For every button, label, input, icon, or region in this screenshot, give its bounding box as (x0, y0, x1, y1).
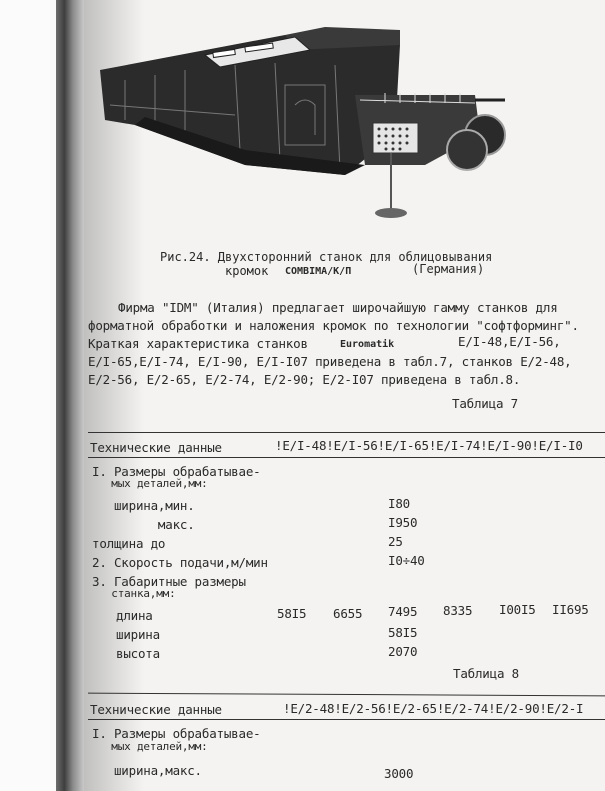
table7-row-label: 2. Скорость подачи,м/мин (92, 555, 268, 570)
table7-length-value: I00I5 (499, 602, 536, 617)
table7-row-label: толщина до (92, 536, 165, 551)
table7-row-value: I80 (388, 496, 410, 511)
table7-header-label: Технические данные (90, 440, 222, 455)
table8-row-label: I. Размеры обрабатывае- (92, 726, 261, 741)
body-line-5: E/2-56, E/2-65, E/2-74, E/2-90; E/2-I07 … (88, 372, 520, 387)
table7-title: Таблица 7 (452, 396, 518, 411)
table7-width-value: 58I5 (388, 625, 417, 640)
body-line-3b: E/I-48,E/I-56, (458, 334, 561, 349)
table7-row-label: макс. (92, 517, 195, 532)
table8-header-rule (88, 719, 605, 720)
body-line-3a: Краткая характеристика станков (88, 336, 308, 351)
table7-length-value: 8335 (443, 603, 472, 618)
table8-row-label: мых деталей,мм: (92, 740, 208, 753)
table7-row-value: I950 (388, 515, 417, 530)
table8-row-label: ширина,макс. (92, 763, 202, 778)
table7-row-value: 25 (388, 534, 403, 549)
scan-spine-shadow (56, 0, 84, 791)
scan-margin (0, 0, 56, 791)
body-line-4: E/I-65,E/I-74, E/I-90, E/I-I07 приведена… (88, 354, 572, 369)
table7-row-value: I0÷40 (388, 553, 425, 568)
machine-photo (95, 25, 535, 225)
table7-height-label: высота (116, 646, 160, 661)
table7-top-rule (88, 432, 605, 433)
table8-row-value: 3000 (384, 766, 413, 781)
table7-width-label: ширина (116, 627, 160, 642)
table7-length-value: II695 (552, 602, 589, 617)
body-line-1: Фирма "IDM" (Италия) предлагает широчайш… (118, 300, 558, 315)
body-brand: Euromatik (340, 339, 394, 350)
table8-title: Таблица 8 (453, 666, 519, 681)
table7-length-value: 7495 (388, 604, 417, 619)
table8-top-rule (88, 693, 605, 697)
table7-length-value: 6655 (333, 606, 362, 621)
table7-length-value: 58I5 (277, 606, 306, 621)
figure-caption-country: (Германия) (412, 262, 484, 276)
table7-row-label: ширина,мин. (92, 498, 195, 513)
figure-caption-line2-prefix: кромок (225, 264, 268, 278)
table7-header-models: !E/I-48!E/I-56!E/I-65!E/I-74!E/I-90!E/I-… (275, 438, 583, 453)
table7-row-label: станка,мм: (92, 587, 176, 600)
table7-length-label: длина (116, 608, 153, 623)
table7-header-rule (88, 457, 605, 458)
table7-row-label: мых деталей,мм: (92, 477, 208, 490)
figure-caption-model: COMBIMA/K/П (285, 266, 351, 277)
table7-height-value: 2070 (388, 644, 417, 659)
table8-header-label: Технические данные (90, 702, 222, 717)
body-line-2: форматной обработки и наложения кромок п… (88, 318, 579, 333)
table8-header-models: !E/2-48!E/2-56!E/2-65!E/2-74!E/2-90!E/2-… (283, 701, 583, 716)
